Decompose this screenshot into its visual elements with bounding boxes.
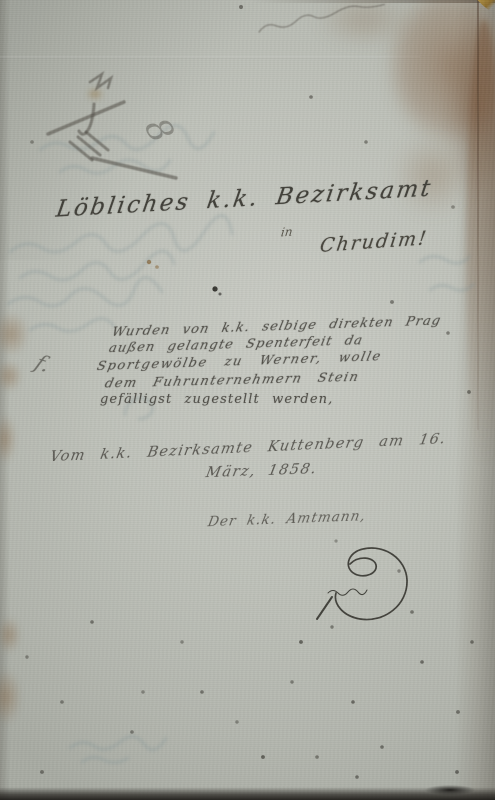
bottom-edge-smudge bbox=[420, 784, 480, 796]
photo-grain bbox=[0, 0, 495, 800]
document-photo: 8 Löbliches k.k. Bezirksamt in Chrudim! … bbox=[0, 0, 495, 800]
